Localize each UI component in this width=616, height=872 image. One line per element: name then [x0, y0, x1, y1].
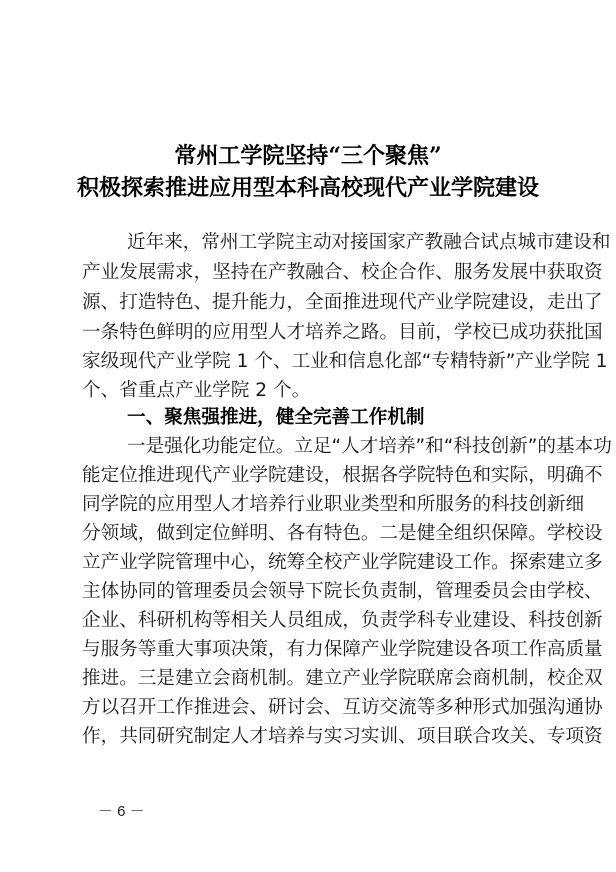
- paragraph-line: 立产业学院管理中心，统筹全校产业学院建设工作。探索建立多: [82, 552, 542, 574]
- paragraph-line: 产业发展需求，坚持在产教融合、校企合作、服务发展中获取资: [82, 262, 542, 284]
- paragraph-line: 分领域，做到定位鲜明、各有特色。二是健全组织保障。学校设: [82, 523, 542, 545]
- paragraph-line: 推进。三是建立会商机制。建立产业学院联席会商机制，校企双: [82, 668, 542, 690]
- paragraph-line: 近年来，常州工学院主动对接国家产教融合试点城市建设和: [127, 232, 542, 254]
- paragraph-line: 一条特色鲜明的应用型人才培养之路。目前，学校已成功获批国: [82, 322, 542, 344]
- paragraph-line: 企业、科研机构等相关人员组成，负责学科专业建设、科技创新: [82, 610, 542, 632]
- document-title-line-2: 积极探索推进应用型本科高校现代产业学院建设: [0, 171, 616, 202]
- section-heading: 一、聚焦强推进，健全完善工作机制: [127, 407, 542, 429]
- paragraph-line: 主体协同的管理委员会领导下院长负责制，管理委员会由学校、: [82, 581, 542, 603]
- page-number: － 6 －: [98, 800, 145, 821]
- paragraph-line: 家级现代产业学院 1 个、工业和信息化部“专精特新”产业学院 1: [82, 351, 542, 373]
- document-page: 常州工学院坚持“三个聚焦” 积极探索推进应用型本科高校现代产业学院建设 近年来，…: [0, 0, 616, 872]
- paragraph-line: 个、省重点产业学院 2 个。: [82, 380, 542, 402]
- paragraph-line: 一是强化功能定位。立足“人才培养”和“科技创新”的基本功: [127, 436, 542, 458]
- paragraph-line: 方以召开工作推进会、研讨会、互访交流等多种形式加强沟通协: [82, 697, 542, 719]
- document-title-line-1: 常州工学院坚持“三个聚焦”: [0, 139, 616, 170]
- paragraph-line: 与服务等重大事项决策，有力保障产业学院建设各项工作高质量: [82, 639, 542, 661]
- paragraph-line: 同学院的应用型人才培养行业职业类型和所服务的科技创新细: [82, 494, 542, 516]
- paragraph-line: 源、打造特色、提升能力，全面推进现代产业学院建设，走出了: [82, 292, 542, 314]
- paragraph-line: 能定位推进现代产业学院建设，根据各学院特色和实际，明确不: [82, 465, 542, 487]
- paragraph-line: 作，共同研究制定人才培养与实习实训、项目联合攻关、专项资: [82, 726, 542, 748]
